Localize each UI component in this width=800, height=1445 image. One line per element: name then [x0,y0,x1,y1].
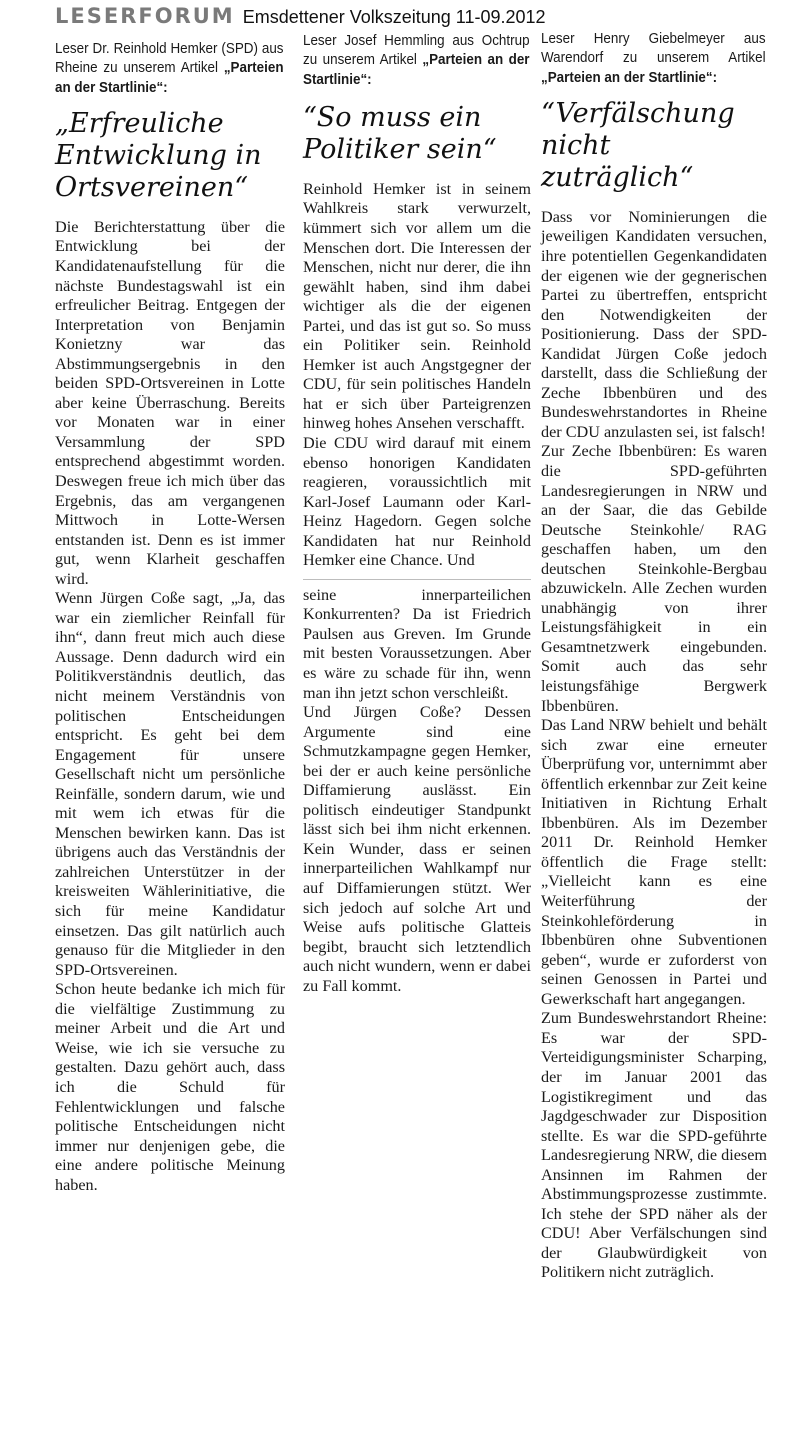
paragraph: Zur Zeche Ibbenbüren: Es waren die SPD-g… [541,442,767,716]
intro-article-title: „Parteien an der Startlinie“: [541,70,717,86]
letter-headline: “So muss ein Politiker sein“ [303,102,531,166]
paragraph: Das Land NRW behielt und behält sich zwa… [541,716,767,1009]
letter-intro: Leser Henry Giebelmeyer aus Warendorf zu… [541,30,766,88]
paragraph: Reinhold Hemker ist in seinem Wahlkreis … [303,180,531,434]
paragraph: Wenn Jürgen Coße sagt, „Ja, das war ein … [55,589,285,980]
newspaper-source-date: Emsdettener Volkszeitung 11-09.2012 [243,7,546,28]
letter-headline: „Erfreuliche Entwicklung in Ortsvereinen… [55,108,285,204]
letter-body: Die Berichterstattung über die Entwicklu… [55,218,285,1195]
letter-column-2: Leser Josef Hemmling aus Ochtrup zu unse… [303,32,531,996]
paragraph: Dass vor Nominierungen die jeweiligen Ka… [541,208,767,443]
paragraph: Und Jürgen Coße? Dessen Argumente sind e… [303,703,531,996]
letter-column-1: Leser Dr. Reinhold Hemker (SPD) aus Rhei… [55,40,285,1195]
letter-intro: Leser Dr. Reinhold Hemker (SPD) aus Rhei… [55,40,284,98]
paragraph: Die CDU wird darauf mit einem ebenso hon… [303,434,531,571]
letter-body: Reinhold Hemker ist in seinem Wahlkreis … [303,180,531,571]
column-divider [303,579,531,580]
paragraph: Die Berichterstattung über die Entwicklu… [55,218,285,589]
paragraph: seine innerparteilichen Konkurrenten? Da… [303,586,531,703]
intro-lead: Leser Henry Giebelmeyer aus Warendorf zu… [541,31,766,66]
letter-intro: Leser Josef Hemmling aus Ochtrup zu unse… [303,32,530,90]
masthead: LESERFORUM Emsdettener Volkszeitung 11-0… [55,4,546,32]
letter-column-3: Leser Henry Giebelmeyer aus Warendorf zu… [541,30,767,1283]
letter-headline: “Verfälschung nicht zuträglich“ [541,98,731,194]
paragraph: Schon heute bedanke ich mich für die vie… [55,980,285,1195]
letter-body: Dass vor Nominierungen die jeweiligen Ka… [541,208,767,1283]
paragraph: Zum Bundeswehrstandort Rheine: Es war de… [541,1009,767,1283]
letter-body-continued: seine innerparteilichen Konkurrenten? Da… [303,586,531,996]
section-label: LESERFORUM [55,4,235,28]
